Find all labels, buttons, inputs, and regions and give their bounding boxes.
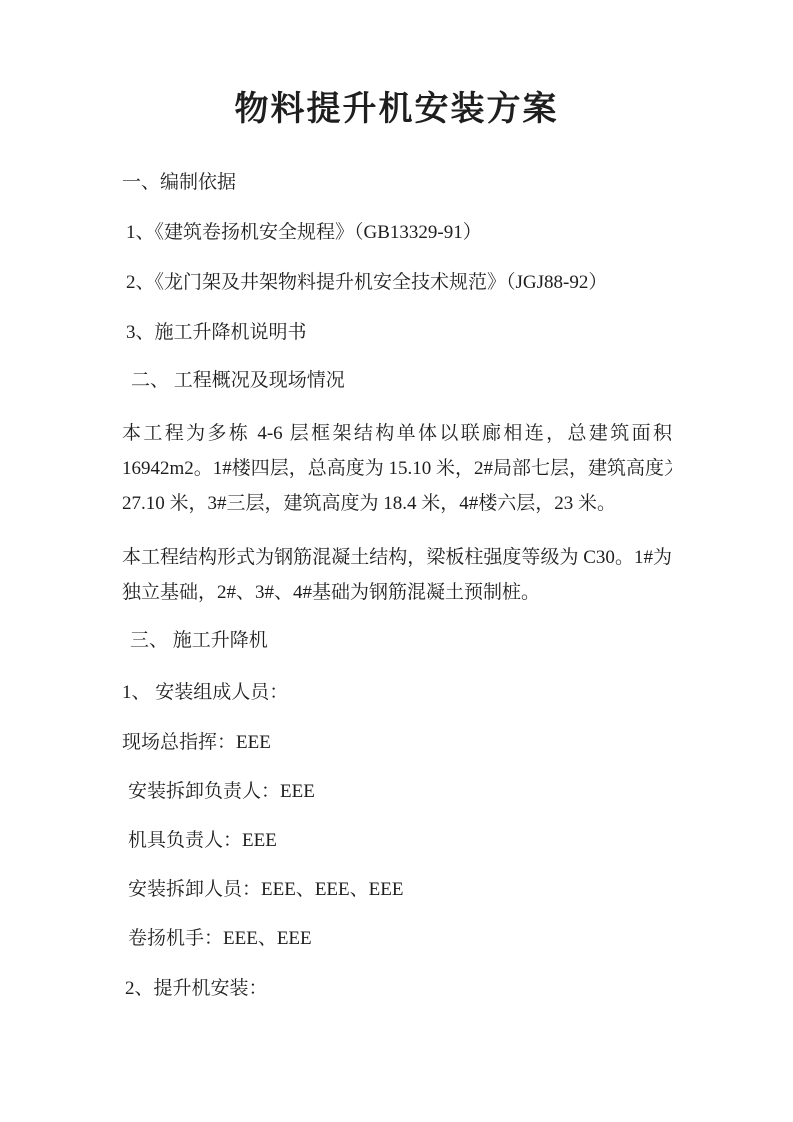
role-line-equipment-lead: 机具负责人：EEE <box>122 828 672 854</box>
role-line-install-crew: 安装拆卸人员：EEE、EEE、EEE <box>122 877 672 903</box>
reference-item-2: 2、《龙门架及井架物料提升机安全技术规范》（JGJ88-92） <box>122 270 672 296</box>
paragraph-1-line-1: 本工程为多栋 4-6 层框架结构单体以联廊相连，总建筑面积 <box>122 416 672 451</box>
paragraph-1-line-2: 16942m2。1#楼四层，总高度为 15.10 米，2#局部七层，建筑高度为 <box>122 451 672 486</box>
subsection-1-heading: 1、 安装组成人员： <box>122 680 672 706</box>
role-line-winch-operators: 卷扬机手：EEE、EEE <box>122 926 672 952</box>
section-3-heading: 三、 施工升降机 <box>122 628 672 654</box>
paragraph-2-line-2: 独立基础，2#、3#、4#基础为钢筋混凝土预制桩。 <box>122 575 672 610</box>
role-line-commander: 现场总指挥：EEE <box>122 730 672 756</box>
subsection-2-heading: 2、提升机安装： <box>122 976 672 1002</box>
reference-item-1: 1、《建筑卷扬机安全规程》（GB13329-91） <box>122 220 672 246</box>
paragraph-2-line-1: 本工程结构形式为钢筋混凝土结构，梁板柱强度等级为 C30。1#为 <box>122 540 672 575</box>
role-line-install-lead: 安装拆卸负责人：EEE <box>122 779 672 805</box>
document-title: 物料提升机安装方案 <box>0 0 793 132</box>
document-page: 物料提升机安装方案 一、编制依据 1、《建筑卷扬机安全规程》（GB13329-9… <box>0 0 793 1122</box>
section-2-heading: 二、 工程概况及现场情况 <box>122 368 672 394</box>
reference-item-3: 3、施工升降机说明书 <box>122 320 672 346</box>
document-body: 一、编制依据 1、《建筑卷扬机安全规程》（GB13329-91） 2、《龙门架及… <box>0 170 793 1002</box>
section-1-heading: 一、编制依据 <box>122 170 672 196</box>
paragraph-1-line-3: 27.10 米，3#三层，建筑高度为 18.4 米，4#楼六层，23 米。 <box>122 486 672 521</box>
